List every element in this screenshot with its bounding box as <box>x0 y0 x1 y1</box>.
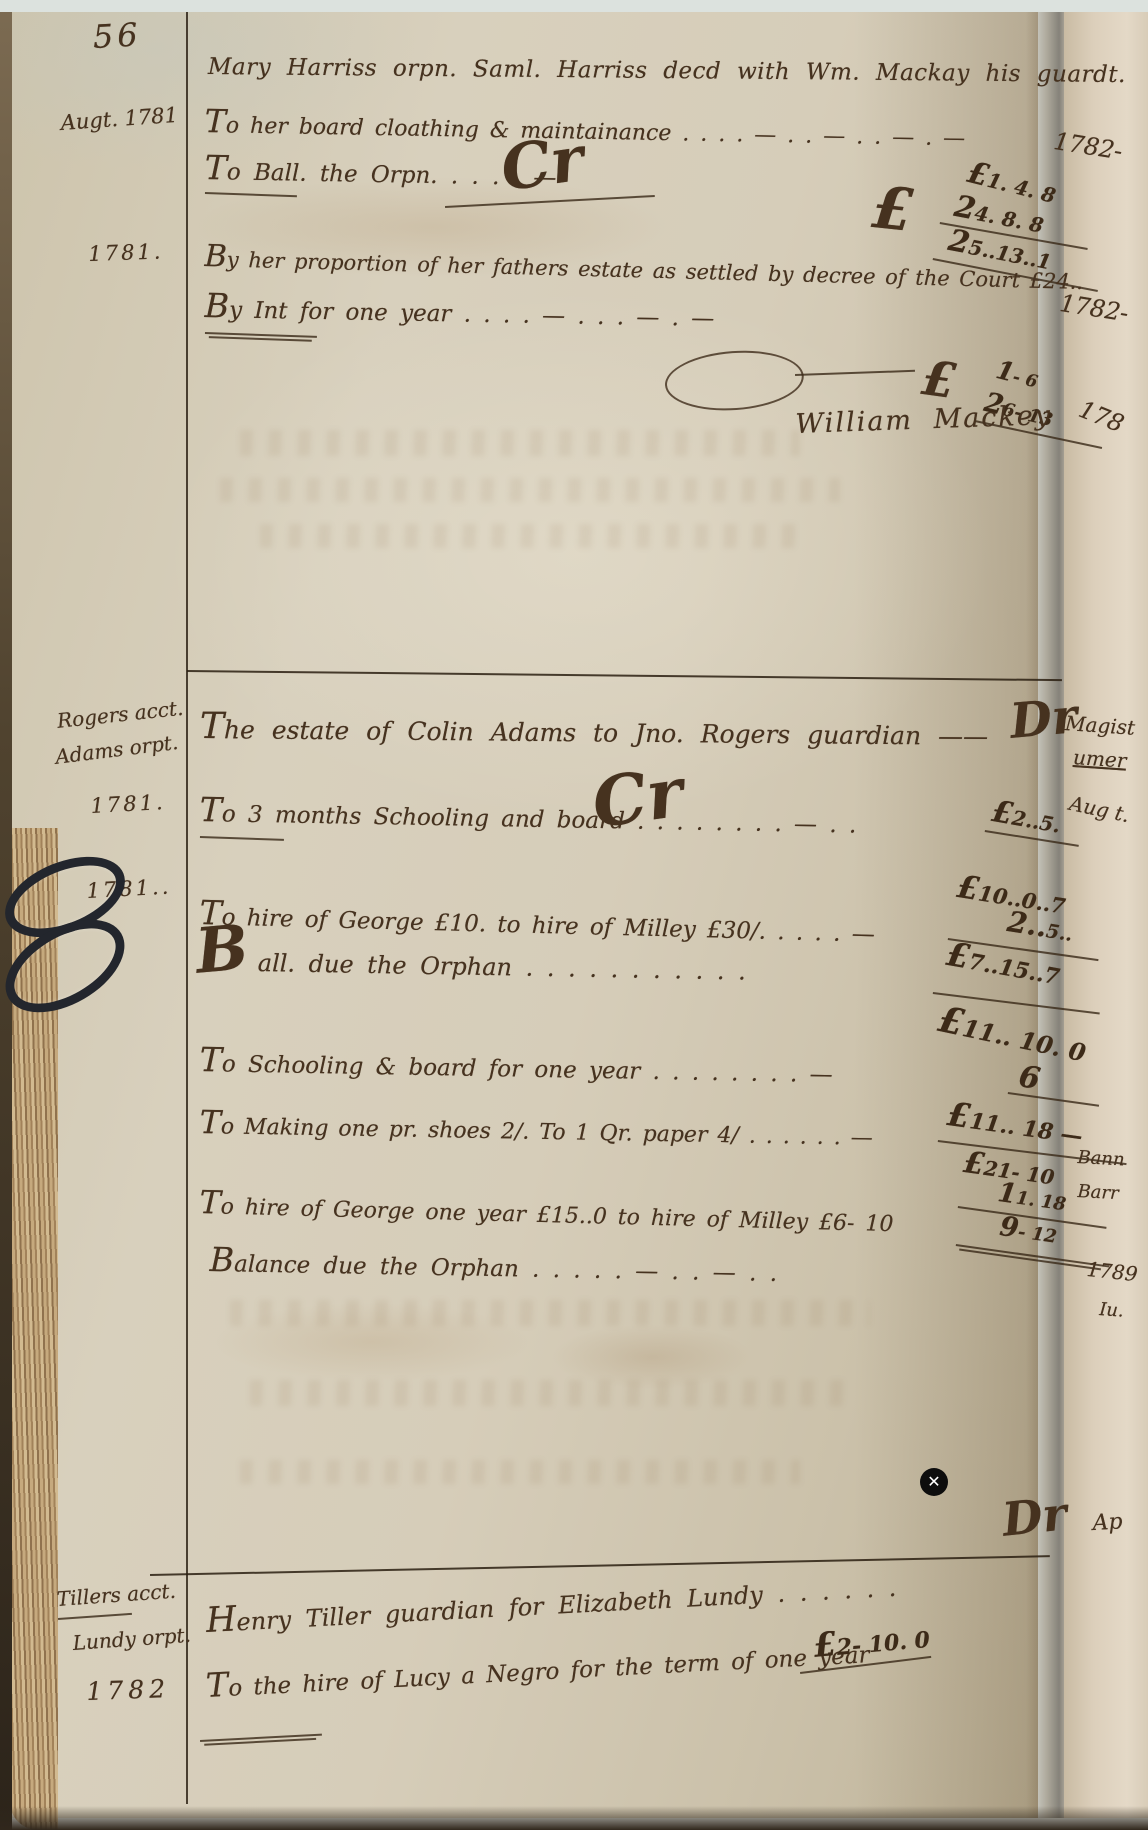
cr-flourish-harriss: Cr <box>497 125 588 204</box>
edge-frag-ap: Ap <box>1092 1510 1123 1536</box>
edge-frag-iu: Iu. <box>1099 1300 1125 1321</box>
cr-flourish-rogers: Cr <box>588 755 687 842</box>
edge-frag-1789: 1789 <box>1086 1258 1139 1285</box>
margin-rule <box>186 12 188 1804</box>
margin-year-1781a: 1781. <box>90 791 166 818</box>
dr-flourish-tillers: Dr <box>1000 1488 1069 1545</box>
entry-title-rogers: The estate of Colin Adams to Jno. Rogers… <box>200 706 989 753</box>
edge-frag-magist: Magist <box>1064 712 1135 739</box>
margin-year: 1781. <box>88 240 164 266</box>
edge-frag-bann: Bann <box>1077 1148 1125 1170</box>
photo-bottom-shadow <box>0 1806 1148 1830</box>
pound-flourish-1: £ <box>869 176 916 244</box>
circle-x-icon[interactable]: ✕ <box>920 1468 948 1496</box>
margin-year-1782: 1782 <box>86 1675 171 1705</box>
edge-frag-umer: umer <box>1072 746 1127 772</box>
ledger-photo: 56 Augt. 1781 1781. Mary Harriss orpn. S… <box>0 0 1148 1830</box>
edge-frag-barr: Barr <box>1077 1182 1119 1204</box>
photo-top-edge <box>0 0 1148 12</box>
page-number: 56 <box>92 17 142 55</box>
ball-initial-flourish: B <box>193 913 251 985</box>
